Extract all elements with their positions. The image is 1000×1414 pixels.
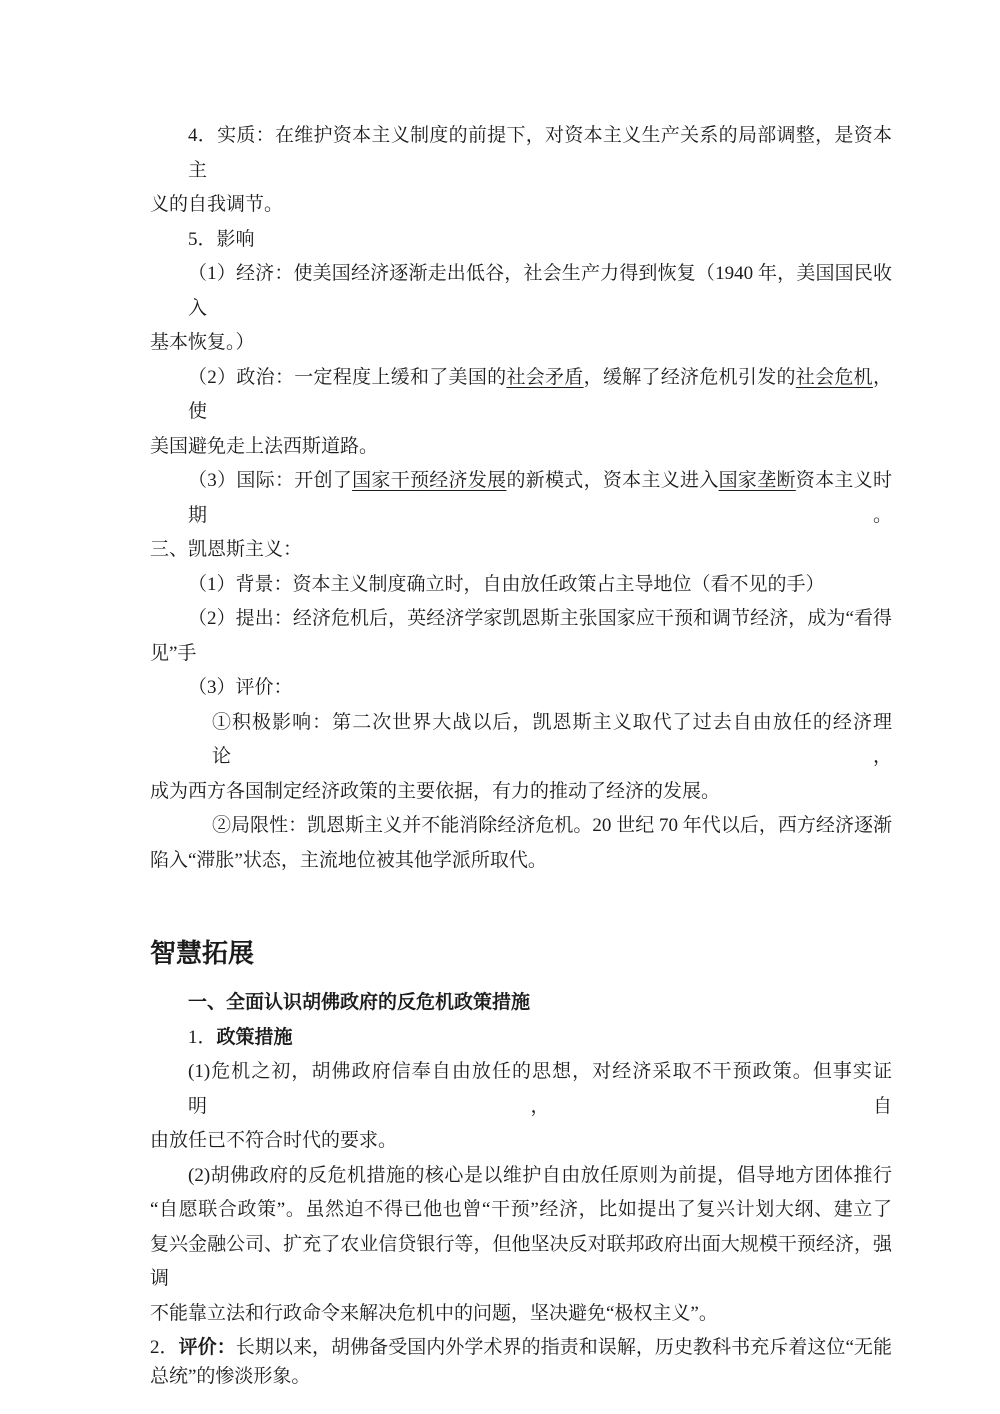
keynes-limitation-line1: ②局限性：凯恩斯主义并不能消除经济危机。20 世纪 70 年代以后，西方经济逐渐 [150, 809, 892, 844]
essence-line2: 义的自我调节。 [150, 188, 892, 223]
text-segment: 美国避免走上法西斯道路。 [150, 436, 378, 457]
text-segment: 政策措施 [217, 1027, 293, 1048]
keynes-proposal-line2: 见”手 [150, 637, 892, 672]
text-segment: （3）国际：开创了 [188, 470, 352, 491]
essence-line1: 4．实质：在维护资本主义制度的前提下，对资本主义生产关系的局部调整，是资本主 [150, 119, 892, 188]
wisdom-expansion-heading: 智慧拓展 [150, 938, 892, 986]
underlined-term: 社会危机 [796, 367, 873, 388]
text-segment: （1）背景：资本主义制度确立时，自由放任政策占主导地位（看不见的手） [188, 574, 825, 595]
impact-politics-line2: 美国避免走上法西斯道路。 [150, 430, 892, 465]
underlined-term: 国家干预经济发展 [352, 470, 506, 491]
text-segment: “自愿联合政策”。虽然迫不得已他也曾“干预”经济，比如提出了复兴计划大纲、建立了 [150, 1199, 892, 1220]
text-segment: 由放任已不符合时代的要求。 [150, 1130, 397, 1151]
text-segment: ①积极影响：第二次世界大战以后，凯恩斯主义取代了过去自由放任的经济理论， [212, 712, 892, 768]
keynes-limitation-line2: 陷入“滞胀”状态，主流地位被其他学派所取代。 [150, 844, 892, 879]
keynes-proposal-line1: （2）提出：经济危机后，英经济学家凯恩斯主张国家应干预和调节经济，成为“看得 [150, 602, 892, 637]
text-segment: 见”手 [150, 643, 196, 664]
hoover-policy2-line2: “自愿联合政策”。虽然迫不得已他也曾“干预”经济，比如提出了复兴计划大纲、建立了 [150, 1193, 892, 1228]
hoover-policy1-line1: (1)危机之初，胡佛政府信奉自由放任的思想，对经济采取不干预政策。但事实证明，自 [150, 1055, 892, 1124]
document-page: 4．实质：在维护资本主义制度的前提下，对资本主义生产关系的局部调整，是资本主义的… [0, 0, 1000, 1414]
impact-international: （3）国际：开创了国家干预经济发展的新模式，资本主义进入国家垄断资本主义时期。 [150, 464, 892, 533]
text-segment: （2）政治：一定程度上缓和了美国的 [188, 367, 506, 388]
impact-economy-line1: （1）经济：使美国经济逐渐走出低谷，社会生产力得到恢复（1940 年，美国国民收… [150, 257, 892, 326]
keynes-background: （1）背景：资本主义制度确立时，自由放任政策占主导地位（看不见的手） [150, 568, 892, 603]
policy-measures-title: 1．政策措施 [150, 1021, 892, 1056]
keynes-positive-line2: 成为西方各国制定经济政策的主要依据，有力的推动了经济的发展。 [150, 775, 892, 810]
text-segment: 一、全面认识胡佛政府的反危机政策措施 [188, 992, 530, 1013]
text-segment: (1)危机之初，胡佛政府信奉自由放任的思想，对经济采取不干预政策。但事实证明，自 [188, 1061, 892, 1117]
text-segment: 陷入“滞胀”状态，主流地位被其他学派所取代。 [150, 850, 547, 871]
document-text-column: 4．实质：在维护资本主义制度的前提下，对资本主义生产关系的局部调整，是资本主义的… [150, 119, 892, 1394]
text-segment: ，缓解了经济危机引发的 [584, 367, 796, 388]
text-segment: 基本恢复。） [150, 332, 255, 353]
impact-economy-line2: 基本恢复。） [150, 326, 892, 361]
hoover-section-title: 一、全面认识胡佛政府的反危机政策措施 [150, 986, 892, 1021]
text-segment: 1． [188, 1027, 217, 1048]
keynes-positive-line1: ①积极影响：第二次世界大战以后，凯恩斯主义取代了过去自由放任的经济理论， [150, 706, 892, 775]
text-segment: 5．影响 [188, 229, 255, 250]
underlined-term: 国家垄断 [719, 470, 796, 491]
text-segment: 长期以来，胡佛备受国内外学术界的指责和误解，历史教科书充斥着这位“无能 [236, 1337, 892, 1358]
hoover-policy2-line3: 复兴金融公司、扩充了农业信贷银行等，但他坚决反对联邦政府出面大规模干预经济，强调 [150, 1228, 892, 1297]
text-segment: ②局限性：凯恩斯主义并不能消除经济危机。20 世纪 70 年代以后，西方经济逐渐 [212, 815, 892, 836]
text-segment: 三、凯恩斯主义： [150, 539, 302, 560]
text-segment: 4．实质：在维护资本主义制度的前提下，对资本主义生产关系的局部调整，是资本主 [188, 125, 892, 181]
keynes-evaluation-title: （3）评价： [150, 671, 892, 706]
text-segment: 的新模式，资本主义进入 [506, 470, 718, 491]
impact-title: 5．影响 [150, 223, 892, 258]
impact-politics-line1: （2）政治：一定程度上缓和了美国的社会矛盾，缓解了经济危机引发的社会危机，使 [150, 361, 892, 430]
text-segment: 2． [150, 1337, 179, 1358]
text-segment: （2）提出：经济危机后，英经济学家凯恩斯主张国家应干预和调节经济，成为“看得 [188, 608, 892, 629]
text-segment: 义的自我调节。 [150, 194, 283, 215]
hoover-policy2-line4: 不能靠立法和行政命令来解决危机中的问题，坚决避免“极权主义”。 [150, 1297, 892, 1332]
text-segment: （1）经济：使美国经济逐渐走出低谷，社会生产力得到恢复（1940 年，美国国民收… [188, 263, 892, 319]
text-segment: 成为西方各国制定经济政策的主要依据，有力的推动了经济的发展。 [150, 781, 720, 802]
underlined-term: 社会矛盾 [506, 367, 583, 388]
keynesianism-title: 三、凯恩斯主义： [150, 533, 892, 568]
text-segment: （3）评价： [188, 677, 293, 698]
text-segment: 不能靠立法和行政命令来解决危机中的问题，坚决避免“极权主义”。 [150, 1303, 718, 1324]
text-segment: 复兴金融公司、扩充了农业信贷银行等，但他坚决反对联邦政府出面大规模干预经济，强调 [150, 1234, 892, 1290]
hoover-policy2-line1: (2)胡佛政府的反危机措施的核心是以维护自由放任原则为前提，倡导地方团体推行 [150, 1159, 892, 1194]
text-segment: 智慧拓展 [150, 938, 254, 968]
text-segment: (2)胡佛政府的反危机措施的核心是以维护自由放任原则为前提，倡导地方团体推行 [188, 1165, 892, 1186]
hoover-policy1-line2: 由放任已不符合时代的要求。 [150, 1124, 892, 1159]
text-segment: 评价： [179, 1337, 236, 1358]
text-segment: 总统”的惨淡形象。 [150, 1366, 310, 1387]
